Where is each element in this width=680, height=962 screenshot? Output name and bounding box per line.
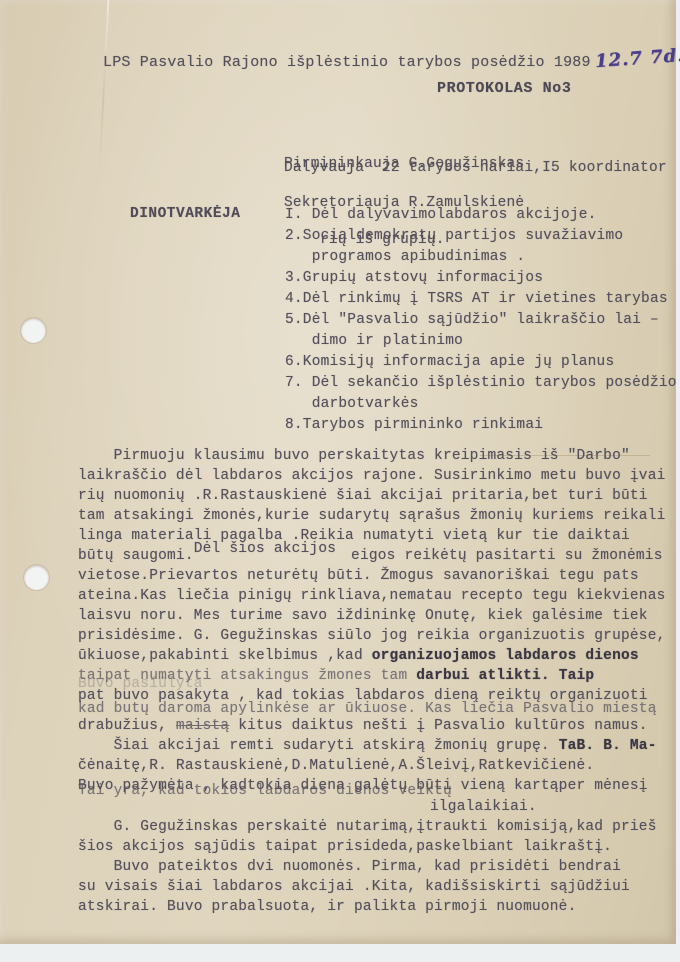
text-segment: Pirmuoju klausimu buvo perskaitytas krei…	[78, 448, 630, 464]
text-line: linga materiali pagalba .Reikia numatyti…	[78, 526, 663, 546]
paper-crease-vertical	[99, 0, 110, 170]
text-segment: ateina.Kas liečia pinigų rinkliava,nemat…	[78, 588, 666, 604]
agenda-item: 2.Socialdemokratų partijos suvažiavimo	[285, 226, 677, 247]
agenda-item: programos apibudinimas .	[285, 247, 677, 268]
title-text: LPS Pasvalio Rajono išplėstinio tarybos …	[103, 54, 591, 71]
text-line: laisvu noru. Mes turime savo iždininkę O…	[78, 606, 663, 626]
agenda-item: dimo ir platinimo	[285, 331, 677, 352]
text-segment: laisvu noru. Mes turime savo iždininkę O…	[78, 608, 648, 624]
text-segment: darbui atlikti. Taip	[416, 668, 594, 684]
text-segment: prisidėsime. G. Gegužinskas siūlo jog re…	[78, 628, 666, 644]
text-line: Šiai akcijai remti sudaryti atskirą žmon…	[78, 736, 663, 756]
agenda-label: DINOTVARKĖJA	[130, 206, 240, 222]
text-segment: taipat numatyti atsakingus žmones tam	[78, 668, 416, 684]
text-segment: G. Gegužinskas perskaitė nutarimą,įtrauk…	[78, 819, 657, 835]
text-segment: Šiai akcijai remti sudaryti atskirą žmon…	[78, 738, 559, 754]
agenda-item: 4.Dėl rinkimų į TSRS AT ir vietines tary…	[285, 289, 677, 310]
agenda-item: 8.Tarybos pirmininko rinkimai	[285, 415, 677, 436]
text-line: Buvo pasiūlytataipat numatyti atsakingus…	[78, 666, 663, 686]
text-segment: eigos reikėtų pasitarti su žmonėmis	[342, 548, 662, 564]
text-line: būtų saugomi.Dėl šios akcijos eigos reik…	[78, 546, 663, 566]
text-line: laikraščio dėl labdaros akcijos rajone. …	[78, 466, 663, 486]
text-segment: kitus daiktus nešti į Pasvalio kultūros …	[229, 718, 647, 734]
text-segment: Dėl šios akcijos	[194, 541, 336, 557]
agenda-item: 5.Dėl "Pasvalio sąjūdžio" laikraščio lai…	[285, 310, 677, 331]
text-segment: drabužius,	[78, 718, 176, 734]
text-line: drabužius, maistą kitus daiktus nešti į …	[78, 716, 663, 736]
agenda-item: 3.Grupių atstovų informacijos	[285, 268, 677, 289]
text-line: tam atsakingi žmonės,kurie sudarytų sąra…	[78, 506, 663, 526]
text-line: ilgalaikiai.	[78, 797, 663, 817]
chairperson-line: Pirmininkauja G.Gegužinskas	[284, 156, 680, 172]
text-segment: būtų saugomi.	[78, 548, 194, 564]
punch-hole-bottom	[24, 565, 49, 590]
text-segment: Buvo pateiktos dvi nuomonės. Pirma, kad …	[78, 859, 621, 875]
text-line: Pirmuoju klausimu buvo perskaitytas krei…	[78, 446, 663, 466]
text-line: ateina.Kas liečia pinigų rinkliava,nemat…	[78, 586, 663, 606]
text-line: šios akcijos sąjūdis taipat prisideda,pa…	[78, 837, 663, 857]
document-title-line: LPS Pasvalio Rajono išplėstinio tarybos …	[103, 50, 680, 71]
text-line: vietose.Prievartos neturėtų būti. Žmogus…	[78, 566, 663, 586]
text-line: čėnaitę,R. Rastauskienė,D.Matulienė,A.Šl…	[78, 756, 663, 776]
text-segment: atskirai. Buvo prabalsuota, ir palikta p…	[78, 899, 576, 915]
text-line: prisidėsime. G. Gegužinskas siūlo jog re…	[78, 626, 663, 646]
agenda-list: I. Dėl dalyvavimolabdaros akcijoje.2.Soc…	[285, 205, 677, 436]
text-line: G. Gegužinskas perskaitė nutarimą,įtrauk…	[78, 817, 663, 837]
text-line: rių nuomonių .R.Rastauskienė šiai akcija…	[78, 486, 663, 506]
body-text: Pirmuoju klausimu buvo perskaitytas krei…	[78, 446, 663, 917]
text-segment: ūkiuose,pakabinti skelbimus ,kad	[78, 648, 372, 664]
text-segment: laikraščio dėl labdaros akcijos rajone. …	[78, 468, 666, 484]
text-line: Buvo pateiktos dvi nuomonės. Pirma, kad …	[78, 857, 663, 877]
text-segment: šios akcijos sąjūdis taipat prisideda,pa…	[78, 839, 612, 855]
agenda-item: I. Dėl dalyvavimolabdaros akcijoje.	[285, 205, 677, 226]
agenda-item: darbotvarkės	[285, 394, 677, 415]
handwritten-date: 12.7 7d.	[594, 45, 680, 72]
text-segment: su visais šiai labdaros akcijai .Kita, k…	[78, 879, 630, 895]
text-line: ūkiuose,pakabinti skelbimus ,kad organiz…	[78, 646, 663, 666]
text-segment: tam atsakingi žmonės,kurie sudarytų sąra…	[78, 508, 666, 524]
agenda-item: 6.Komisijų informacija apie jų planus	[285, 352, 677, 373]
text-segment: TaB. B. Ma-	[559, 738, 657, 754]
protocol-number: PROTOKOLAS No3	[437, 80, 571, 97]
text-line: su visais šiai labdaros akcijai .Kita, k…	[78, 877, 663, 897]
document-page: LPS Pasvalio Rajono išplėstinio tarybos …	[0, 0, 676, 944]
punch-hole-top	[21, 318, 46, 343]
text-line: atskirai. Buvo prabalsuota, ir palikta p…	[78, 897, 663, 917]
text-segment: čėnaitę,R. Rastauskienė,D.Matulienė,A.Šl…	[78, 758, 594, 774]
text-segment: kad butų daroma apylinkėse ar ūkiuose. K…	[78, 701, 657, 717]
text-segment: organizuojamos labdaros dienos	[372, 648, 639, 664]
text-segment: ilgalaikiai.	[430, 799, 537, 815]
text-segment: rių nuomonių .R.Rastauskienė šiai akcija…	[78, 488, 648, 504]
text-segment: vietose.Prievartos neturėtų būti. Žmogus…	[78, 568, 639, 584]
agenda-item: 7. Dėl sekančio išplėstinio tarybos posė…	[285, 373, 677, 394]
text-segment: maistą	[176, 718, 229, 734]
text-segment: linga materiali pagalba .Reikia numatyti…	[78, 528, 630, 544]
